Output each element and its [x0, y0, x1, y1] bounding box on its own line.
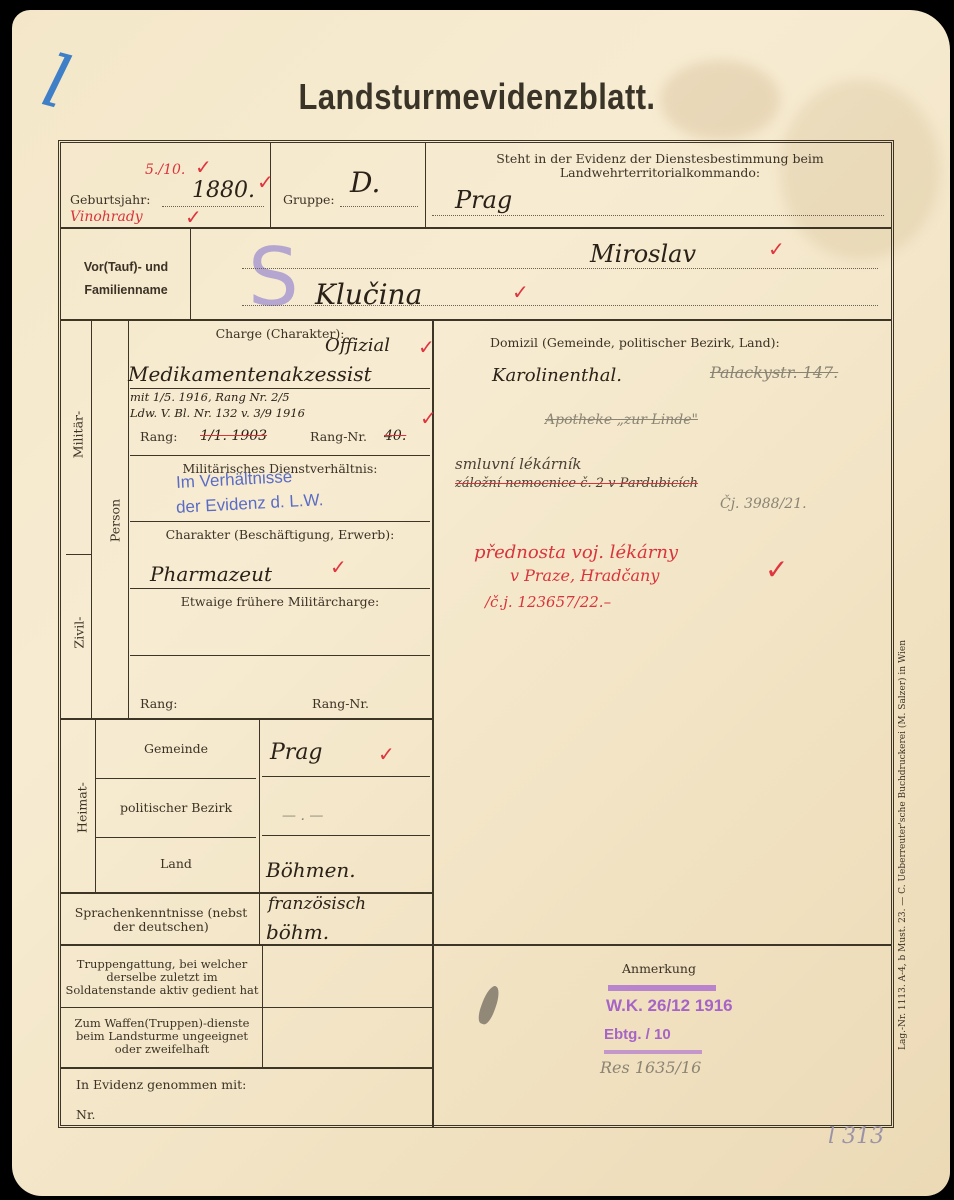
divider: [262, 946, 263, 1067]
domicile-line3: smluvní lékárník: [455, 455, 582, 473]
domicile-label: Domizil (Gemeinde, politischer Bezirk, L…: [490, 336, 780, 350]
former-charge-label: Etwaige frühere Militärcharge:: [130, 595, 430, 609]
languages-label: Sprachenkenntnisse (nebst der deutschen): [64, 906, 258, 935]
rank-value: 1/1. 1903: [200, 428, 267, 444]
stamp-s: S: [248, 238, 298, 318]
birth-year-line: [162, 206, 264, 207]
check-mark-icon: ✓: [512, 280, 529, 304]
birth-year-value: 1880.: [192, 178, 255, 203]
unfit-label: Zum Waffen(Truppen)-dienste beim Landstu…: [64, 1017, 260, 1056]
remark-label: Anmerkung: [622, 962, 696, 976]
military-group-label: Militär-: [71, 405, 86, 465]
divider: [61, 944, 891, 946]
charge-value: Medikamentenakzessist: [128, 362, 372, 386]
divider: [61, 718, 433, 720]
service-branch-label: Truppengattung, bei welcher derselbe zul…: [64, 958, 260, 997]
stamp-bar: [608, 985, 716, 991]
divider: [425, 143, 426, 227]
municipality-label: Gemeinde: [96, 742, 256, 756]
divider: [66, 554, 91, 555]
page-title: Landsturmevidenzblatt.: [67, 76, 887, 118]
domicile-line5: Čj. 3988/21.: [720, 496, 807, 512]
divider: [96, 778, 256, 779]
divider: [130, 455, 430, 456]
rank-nr-value: 40.: [384, 428, 406, 444]
divider: [432, 321, 434, 1127]
surname-value: Klučina: [315, 278, 422, 311]
divider: [61, 892, 433, 894]
domicile-line1-struck: Palackystr. 147.: [710, 363, 838, 382]
divider: [91, 321, 92, 718]
domicile-line6: přednosta voj. lékárny: [474, 542, 678, 563]
birth-year-label: Geburtsjahr:: [70, 193, 150, 207]
person-group-label: Person: [108, 491, 123, 551]
domicile-line2-struck: Apotheke „zur Linde": [545, 412, 698, 428]
check-mark-icon: ✓: [330, 555, 347, 579]
group-line: [340, 206, 418, 207]
language-value-1: französisch: [268, 894, 366, 914]
rank-nr-label: Rang-Nr.: [310, 430, 367, 444]
stamp-bar: [604, 1050, 702, 1054]
check-mark-icon: ✓: [195, 155, 212, 179]
former-rank-nr-label: Rang-Nr.: [312, 697, 369, 711]
first-name-value: Miroslav: [590, 240, 696, 268]
check-mark-icon: ✓: [378, 742, 395, 766]
registry-label: In Evidenz genommen mit:: [76, 1078, 246, 1092]
evidence-line: [432, 215, 884, 216]
remark-note: Res 1635/16: [600, 1058, 701, 1077]
first-name-line: [242, 268, 878, 269]
divider: [130, 588, 430, 589]
check-mark-icon: ✓: [185, 205, 202, 229]
group-label: Gruppe:: [283, 193, 335, 207]
charge-correction: Offizial: [325, 335, 390, 356]
check-mark-icon: ✓: [257, 170, 274, 194]
divider: [262, 835, 430, 836]
check-mark-icon: ✓: [765, 553, 788, 586]
civil-group-label: Zivil-: [72, 608, 87, 658]
divider: [61, 1067, 433, 1069]
name-label: Vor(Tauf)- und Familienname: [64, 256, 188, 301]
district-value: — . —: [282, 808, 323, 824]
occupation-value: Pharmazeut: [150, 562, 272, 586]
registry-nr-label: Nr.: [76, 1108, 96, 1122]
printer-imprint: Lag.-Nr. 1113. A-4, b Must. 23. — C. Ueb…: [898, 640, 908, 1050]
charge-note-2: Ldw. V. Bl. Nr. 132 v. 3/9 1916: [130, 406, 305, 420]
birth-place-value: Vinohrady: [70, 209, 143, 225]
birth-date-value: 5./10.: [145, 162, 185, 178]
country-value: Böhmen.: [266, 858, 356, 882]
domicile-line7: v Praze, Hradčany: [510, 566, 659, 585]
former-rank-label: Rang:: [140, 697, 177, 711]
language-value-2: böhm.: [266, 920, 329, 944]
domicile-line1: Karolinenthal.: [492, 365, 622, 386]
district-label: politischer Bezirk: [96, 801, 256, 815]
divider: [262, 776, 430, 777]
archive-note: l 313: [828, 1124, 884, 1149]
divider: [259, 720, 260, 944]
divider: [130, 388, 430, 389]
municipality-value: Prag: [270, 740, 323, 765]
rank-label: Rang:: [140, 430, 177, 444]
check-mark-icon: ✓: [418, 335, 435, 359]
check-mark-icon: ✓: [420, 406, 437, 430]
divider: [96, 837, 256, 838]
domicile-line4-struck: záložní nemocnice č. 2 v Pardubicích: [455, 476, 698, 491]
occupation-label: Charakter (Beschäftigung, Erwerb):: [130, 528, 430, 542]
home-group-label: Heimat-: [75, 778, 90, 838]
remark-stamp-line2: Ebtg. / 10: [604, 1026, 671, 1043]
divider: [130, 655, 430, 656]
divider: [61, 1007, 433, 1008]
remark-stamp-line1: W.K. 26/12 1916: [606, 996, 733, 1016]
divider: [130, 521, 430, 522]
divider: [190, 229, 191, 319]
group-value: D.: [350, 166, 380, 199]
divider: [61, 319, 891, 321]
domicile-line8: /č.j. 123657/22.–: [485, 593, 611, 611]
evidence-value: Prag: [455, 186, 512, 214]
evidence-label: Steht in der Evidenz der Dienstesbestimm…: [435, 152, 885, 181]
charge-note-1: mit 1/5. 1916, Rang Nr. 2/5: [130, 390, 290, 404]
country-label: Land: [96, 857, 256, 871]
check-mark-icon: ✓: [768, 237, 785, 261]
